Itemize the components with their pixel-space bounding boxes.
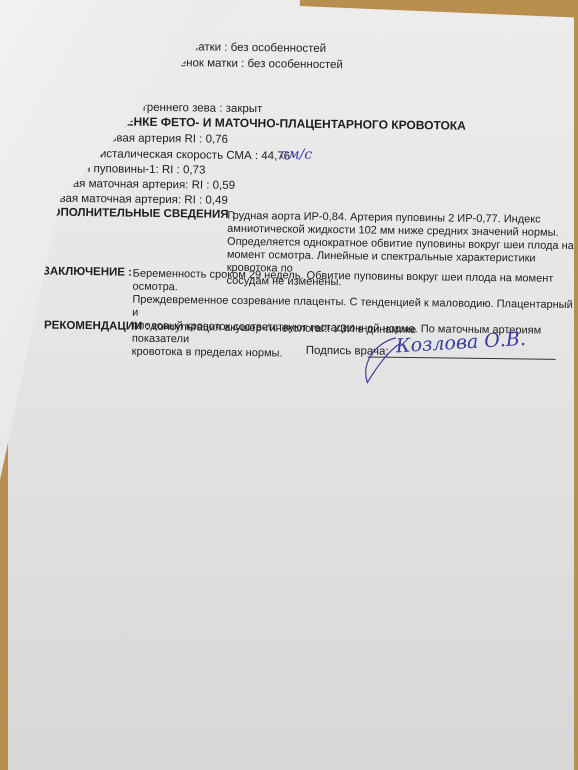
additional-info-label: ДОПОЛНИТЕЛЬНЫЕ СВЕДЕНИЯ : <box>43 206 235 223</box>
field-value: без особенностей <box>231 42 327 55</box>
field-value: 0,73 <box>183 164 206 176</box>
field-label: Левая маточная артерия: RI : <box>46 193 203 207</box>
signature-flourish <box>355 332 416 393</box>
field-label: РЕКОМЕНДАЦИИ : <box>44 320 149 333</box>
conclusion-label: ЗАКЛЮЧЕНИЕ : <box>43 265 132 281</box>
handwritten-unit: см/с <box>280 147 312 162</box>
field-value: 0,59 <box>213 180 236 192</box>
field-value: 0,49 <box>205 195 228 207</box>
field-value: без особенностей <box>247 58 343 71</box>
field-value: закрыт <box>226 103 263 115</box>
field-value: 0,76 <box>206 134 229 146</box>
